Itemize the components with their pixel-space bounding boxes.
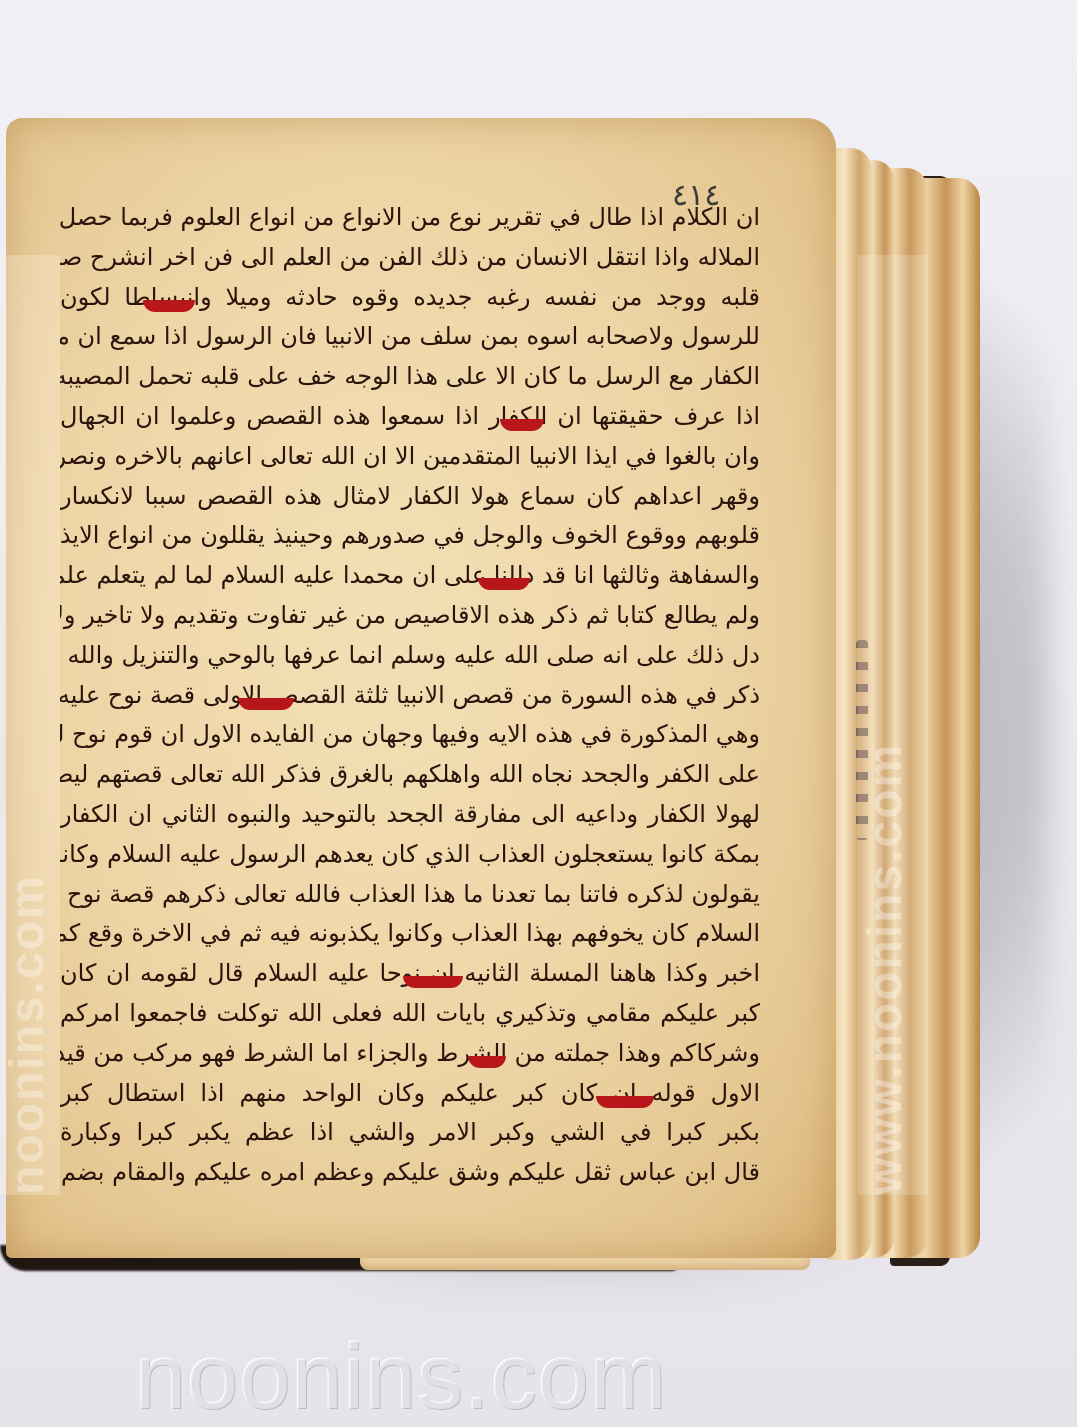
rubric-mark (403, 976, 463, 988)
manuscript-line: وقهر اعداهم كان سماع هولا الكفار لامثال … (60, 477, 760, 517)
manuscript-line: وشركاكم وهذا جملته من الشرط والجزاء اما … (60, 1034, 760, 1074)
manuscript-line: بكبر كبرا في الشي وكبر الامر والشي اذا ع… (60, 1113, 760, 1153)
watermark-bottom: noonins.com (135, 1325, 668, 1427)
watermark-left: noonins.com (0, 255, 60, 1195)
manuscript-line: كبر عليكم مقامي وتذكيري بايات الله فعلى … (60, 994, 760, 1034)
manuscript-line: على الكفر والجحد نجاه الله واهلكهم بالغر… (60, 755, 760, 795)
rubric-mark (238, 698, 294, 710)
rubric-mark (468, 1056, 506, 1068)
manuscript-line: ولم يطالع كتابا ثم ذكر هذه الاقاصيص من غ… (60, 596, 760, 636)
manuscript-line: للرسول ولاصحابه اسوه بمن سلف من الانبيا … (60, 317, 760, 357)
rubric-mark (143, 300, 195, 312)
manuscript-line: الكفار مع الرسل ما كان الا على هذا الوجه… (60, 357, 760, 397)
manuscript-line: ان الكلام اذا طال في تقرير نوع من الانوا… (60, 198, 760, 238)
manuscript-line: اخبر وكذا هاهنا المسلة الثانيه ان نوحا ع… (60, 954, 760, 994)
manuscript-line: اذا عرف حقيقتها ان الكفار اذا سمعوا هذه … (60, 397, 760, 437)
watermark-right: www.noonins.com (858, 255, 928, 1195)
rubric-mark (500, 419, 544, 431)
manuscript-line: بمكة كانوا يستعجلون العذاب الذي كان يعده… (60, 835, 760, 875)
manuscript-line: الاول قوله ان كان كبر عليكم وكان الواحد … (60, 1074, 760, 1114)
manuscript-line: قلوبهم ووقوع الخوف والوجل في صدورهم وحين… (60, 516, 760, 556)
manuscript-line: السلام كان يخوفهم بهذا العذاب وكانوا يكذ… (60, 914, 760, 954)
manuscript-line: الملاله واذا انتقل الانسان من ذلك الفن م… (60, 238, 760, 278)
manuscript-line: لهولا الكفار وداعيه الى مفارقة الجحد بال… (60, 795, 760, 835)
manuscript-line: والسفاهة وثالثها انا قد دللنا على ان محم… (60, 556, 760, 596)
rubric-mark (478, 578, 530, 590)
manuscript-line: قال ابن عباس ثقل عليكم وشق عليكم وعظم ام… (60, 1153, 760, 1193)
manuscript-line: ذكر في هذه السورة من قصص الانبيا ثلثة ال… (60, 676, 760, 716)
manuscript-text-block: ان الكلام اذا طال في تقرير نوع من الانوا… (60, 198, 760, 1158)
manuscript-line: يقولون لذكره فاتنا بما تعدنا ما هذا العذ… (60, 875, 760, 915)
manuscript-line: دل ذلك على انه صلى الله عليه وسلم انما ع… (60, 636, 760, 676)
manuscript-line: وان بالغوا في ايذا الانبيا المتقدمين الا… (60, 437, 760, 477)
manuscript-line: وهي المذكورة في هذه الايه وفيها وجهان من… (60, 715, 760, 755)
rubric-mark (596, 1096, 654, 1108)
